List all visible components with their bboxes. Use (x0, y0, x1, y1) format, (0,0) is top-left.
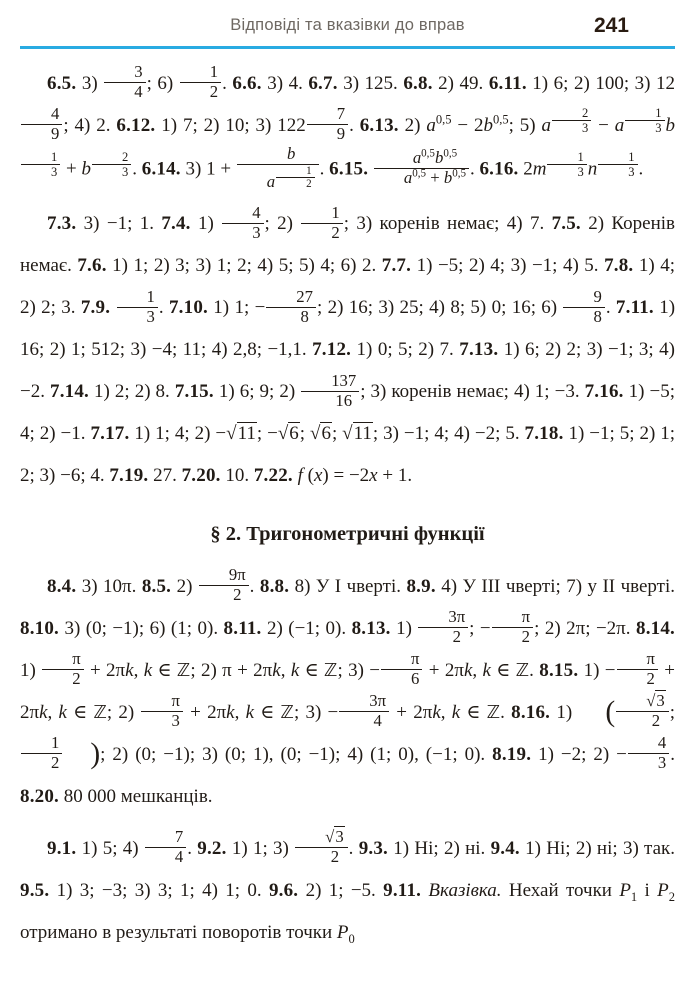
paragraph: 9.1. 1) 5; 4) 74. 9.2. 1) 1; 3) √32. 9.3… (20, 828, 675, 954)
page-header: Відповіді та вказівки до вправ 241 (20, 10, 675, 49)
paragraph: 6.5. 3) 34; 6) 12. 6.6. 3) 4. 6.7. 3) 12… (20, 63, 675, 193)
running-title: Відповіді та вказівки до вправ (20, 16, 675, 35)
page-content: 6.5. 3) 34; 6) 12. 6.6. 3) 4. 6.7. 3) 12… (20, 55, 675, 954)
paragraph: 7.3. 3) −1; 1. 7.4. 1) 43; 2) 12; 3) кор… (20, 203, 675, 497)
paragraph: 8.4. 3) 10π. 8.5. 2) 9π2. 8.8. 8) У I чв… (20, 566, 675, 818)
section-heading: § 2. Тригонометричні функції (20, 521, 675, 548)
textbook-page: Відповіді та вказівки до вправ 241 6.5. … (0, 0, 695, 995)
page-number: 241 (594, 14, 629, 38)
